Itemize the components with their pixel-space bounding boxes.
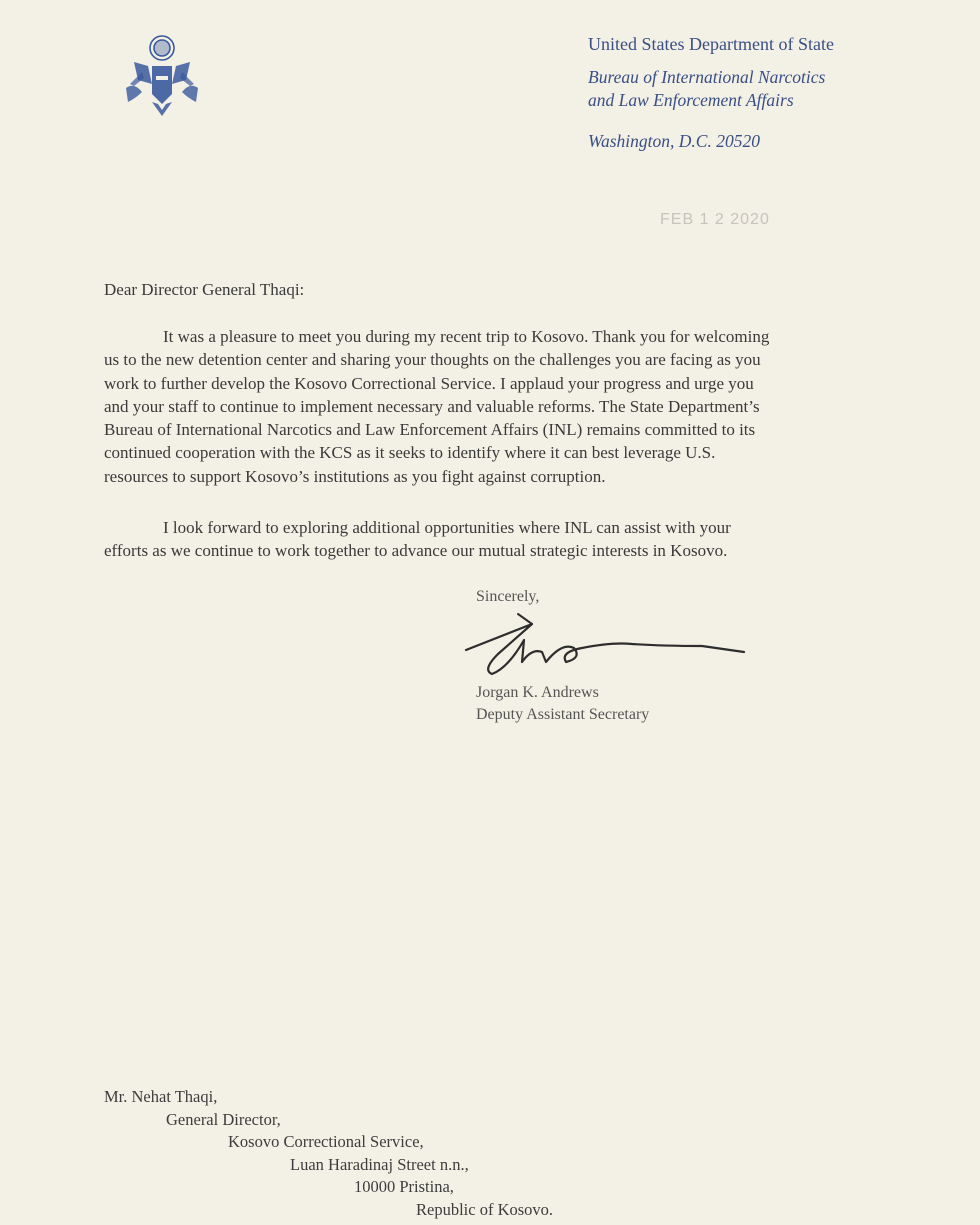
paragraph-line: It was a pleasure to meet you during my … bbox=[104, 325, 912, 348]
handwritten-signature-icon bbox=[462, 612, 747, 682]
signer-block: Jorgan K. Andrews Deputy Assistant Secre… bbox=[476, 682, 649, 726]
city-address: Washington, D.C. 20520 bbox=[588, 130, 834, 153]
paragraph-line: continued cooperation with the KCS as it… bbox=[104, 441, 912, 464]
body-paragraph-2: I look forward to exploring additional o… bbox=[104, 516, 912, 563]
paragraph-line: and your staff to continue to implement … bbox=[104, 395, 912, 418]
letterhead: United States Department of State Bureau… bbox=[588, 32, 834, 153]
salutation: Dear Director General Thaqi: bbox=[104, 280, 304, 300]
recipient-line: Mr. Nehat Thaqi, bbox=[104, 1086, 553, 1109]
recipient-address: Mr. Nehat Thaqi, General Director, Kosov… bbox=[104, 1086, 553, 1221]
paragraph-line: resources to support Kosovo’s institutio… bbox=[104, 465, 912, 488]
recipient-line: General Director, bbox=[104, 1109, 553, 1132]
signer-title: Deputy Assistant Secretary bbox=[476, 704, 649, 726]
date-stamp: FEB 1 2 2020 bbox=[660, 211, 770, 229]
bureau-name: Bureau of International Narcotics and La… bbox=[588, 66, 834, 112]
recipient-line: Luan Haradinaj Street n.n., bbox=[104, 1154, 553, 1177]
bureau-line-2: and Law Enforcement Affairs bbox=[588, 89, 834, 112]
paragraph-line: Bureau of International Narcotics and La… bbox=[104, 418, 912, 441]
paragraph-line: work to further develop the Kosovo Corre… bbox=[104, 372, 912, 395]
great-seal-eagle-icon bbox=[116, 32, 208, 124]
paragraph-line: us to the new detention center and shari… bbox=[104, 348, 912, 371]
body-paragraph-1: It was a pleasure to meet you during my … bbox=[104, 325, 912, 488]
recipient-line: Kosovo Correctional Service, bbox=[104, 1131, 553, 1154]
recipient-line: 10000 Pristina, bbox=[104, 1176, 553, 1199]
department-name: United States Department of State bbox=[588, 32, 834, 56]
paragraph-line: efforts as we continue to work together … bbox=[104, 539, 912, 562]
signer-name: Jorgan K. Andrews bbox=[476, 682, 649, 704]
paragraph-line: I look forward to exploring additional o… bbox=[104, 516, 912, 539]
closing: Sincerely, bbox=[476, 588, 539, 606]
recipient-line: Republic of Kosovo. bbox=[104, 1199, 553, 1222]
bureau-line-1: Bureau of International Narcotics bbox=[588, 66, 834, 89]
